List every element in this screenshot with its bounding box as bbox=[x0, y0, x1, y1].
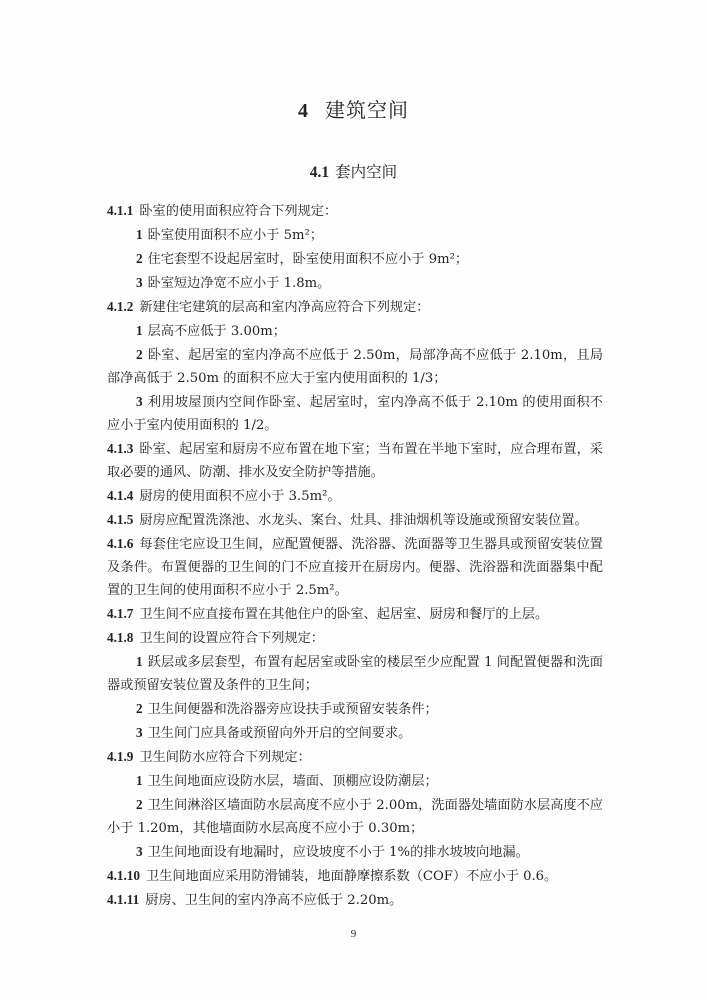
clause-text: 卫生间防水应符合下列规定： bbox=[139, 750, 310, 765]
item-text: 层高不应低于 3.00m； bbox=[148, 324, 286, 339]
section-title: 套内空间 bbox=[335, 163, 397, 181]
clause-text: 每套住宅应设卫生间，应配置便器、洗浴器、洗面器等卫生器具或预留安装位置及条件。布… bbox=[107, 537, 603, 598]
chapter-heading: 4建筑空间 bbox=[0, 94, 707, 123]
clause-list: 4.1.1卧室的使用面积应符合下列规定： 1卧室使用面积不应小于 5m²； 2住… bbox=[107, 199, 603, 912]
item-text: 卫生间地面应设防水层，墙面、顶棚应设防潮层； bbox=[148, 774, 438, 789]
clause-item: 3卫生间门应具备或预留向外开启的空间要求。 bbox=[107, 721, 603, 745]
clause-4-1-8: 4.1.8卫生间的设置应符合下列规定： bbox=[107, 626, 603, 650]
clause-text: 卧室的使用面积应符合下列规定： bbox=[139, 204, 337, 219]
item-text: 住宅套型不设起居室时，卧室使用面积不应小于 9m²； bbox=[148, 252, 469, 267]
item-text: 卫生间便器和洗浴器旁应设扶手或预留安装条件； bbox=[148, 702, 438, 717]
clause-text: 厨房的使用面积不应小于 3.5m²。 bbox=[139, 489, 340, 504]
item-number: 1 bbox=[136, 654, 143, 669]
clause-number: 4.1.4 bbox=[107, 488, 133, 503]
item-number: 2 bbox=[136, 251, 143, 266]
clause-number: 4.1.8 bbox=[107, 630, 133, 645]
chapter-title: 建筑空间 bbox=[325, 98, 409, 122]
clause-number: 4.1.1 bbox=[107, 203, 133, 218]
clause-number: 4.1.5 bbox=[107, 512, 133, 527]
clause-item: 1卧室使用面积不应小于 5m²； bbox=[107, 223, 603, 247]
item-number: 3 bbox=[136, 275, 143, 290]
clause-item: 3卫生间地面设有地漏时，应设坡度不小于 1%的排水坡坡向地漏。 bbox=[107, 840, 603, 864]
item-number: 1 bbox=[136, 227, 143, 242]
item-number: 1 bbox=[136, 773, 143, 788]
clause-4-1-5: 4.1.5厨房应配置洗涤池、水龙头、案台、灶具、排油烟机等设施或预留安装位置。 bbox=[107, 508, 603, 532]
clause-item: 1层高不应低于 3.00m； bbox=[107, 319, 603, 343]
page-number: 9 bbox=[0, 928, 707, 940]
item-number: 3 bbox=[136, 394, 143, 409]
clause-number: 4.1.11 bbox=[107, 892, 139, 907]
item-text: 卫生间淋浴区墙面防水层高度不应小于 2.00m，洗面器处墙面防水层高度不应小于 … bbox=[107, 798, 603, 836]
item-number: 3 bbox=[136, 844, 143, 859]
clause-text: 卫生间地面应采用防滑铺装，地面静摩擦系数（COF）不应小于 0.6。 bbox=[146, 869, 557, 884]
item-text: 卧室短边净宽不应小于 1.8m。 bbox=[148, 276, 331, 291]
chapter-number: 4 bbox=[298, 100, 309, 122]
clause-4-1-6: 4.1.6每套住宅应设卫生间，应配置便器、洗浴器、洗面器等卫生器具或预留安装位置… bbox=[107, 532, 603, 602]
clause-text: 厨房、卫生间的室内净高不应低于 2.20m。 bbox=[145, 893, 402, 908]
item-text: 卫生间地面设有地漏时，应设坡度不小于 1%的排水坡坡向地漏。 bbox=[148, 845, 529, 860]
item-text: 卧室、起居室的室内净高不应低于 2.50m，局部净高不应低于 2.10m，且局部… bbox=[107, 348, 603, 386]
clause-item: 1卫生间地面应设防水层，墙面、顶棚应设防潮层； bbox=[107, 769, 603, 793]
clause-item: 2卫生间便器和洗浴器旁应设扶手或预留安装条件； bbox=[107, 697, 603, 721]
clause-number: 4.1.2 bbox=[107, 299, 133, 314]
clause-text: 卧室、起居室和厨房不应布置在地下室；当布置在半地下室时，应合理布置，采取必要的通… bbox=[107, 442, 603, 480]
clause-item: 2卧室、起居室的室内净高不应低于 2.50m，局部净高不应低于 2.10m，且局… bbox=[107, 343, 603, 390]
clause-4-1-10: 4.1.10卫生间地面应采用防滑铺装，地面静摩擦系数（COF）不应小于 0.6。 bbox=[107, 864, 603, 888]
clause-number: 4.1.9 bbox=[107, 749, 133, 764]
clause-item: 3卧室短边净宽不应小于 1.8m。 bbox=[107, 271, 603, 295]
item-number: 2 bbox=[136, 797, 143, 812]
clause-4-1-9: 4.1.9卫生间防水应符合下列规定： bbox=[107, 745, 603, 769]
item-number: 3 bbox=[136, 725, 143, 740]
clause-item: 2住宅套型不设起居室时，卧室使用面积不应小于 9m²； bbox=[107, 247, 603, 271]
item-text: 跃层或多层套型，布置有起居室或卧室的楼层至少应配置 1 间配置便器和洗面器或预留… bbox=[107, 655, 603, 693]
clause-4-1-7: 4.1.7卫生间不应直接布置在其他住户的卧室、起居室、厨房和餐厅的上层。 bbox=[107, 602, 603, 626]
item-text: 卧室使用面积不应小于 5m²； bbox=[148, 228, 323, 243]
clause-4-1-4: 4.1.4厨房的使用面积不应小于 3.5m²。 bbox=[107, 484, 603, 508]
clause-number: 4.1.10 bbox=[107, 868, 140, 883]
clause-text: 卫生间的设置应符合下列规定： bbox=[139, 631, 324, 646]
item-text: 卫生间门应具备或预留向外开启的空间要求。 bbox=[148, 726, 412, 741]
clause-item: 3利用坡屋顶内空间作卧室、起居室时，室内净高不低于 2.10m 的使用面积不应小… bbox=[107, 390, 603, 437]
clause-number: 4.1.3 bbox=[107, 441, 133, 456]
section-heading: 4.1套内空间 bbox=[0, 160, 707, 182]
document-page: 4建筑空间 4.1套内空间 4.1.1卧室的使用面积应符合下列规定： 1卧室使用… bbox=[0, 0, 707, 1000]
clause-4-1-3: 4.1.3卧室、起居室和厨房不应布置在地下室；当布置在半地下室时，应合理布置，采… bbox=[107, 437, 603, 484]
item-number: 2 bbox=[136, 347, 143, 362]
item-number: 2 bbox=[136, 701, 143, 716]
clause-item: 1跃层或多层套型，布置有起居室或卧室的楼层至少应配置 1 间配置便器和洗面器或预… bbox=[107, 650, 603, 697]
item-number: 1 bbox=[136, 323, 143, 338]
item-text: 利用坡屋顶内空间作卧室、起居室时，室内净高不低于 2.10m 的使用面积不应小于… bbox=[107, 395, 603, 433]
section-number: 4.1 bbox=[310, 164, 329, 181]
clause-4-1-11: 4.1.11厨房、卫生间的室内净高不应低于 2.20m。 bbox=[107, 888, 603, 912]
clause-text: 新建住宅建筑的层高和室内净高应符合下列规定： bbox=[139, 300, 429, 315]
clause-item: 2卫生间淋浴区墙面防水层高度不应小于 2.00m，洗面器处墙面防水层高度不应小于… bbox=[107, 793, 603, 840]
clause-4-1-1: 4.1.1卧室的使用面积应符合下列规定： bbox=[107, 199, 603, 223]
clause-number: 4.1.7 bbox=[107, 606, 133, 621]
clause-number: 4.1.6 bbox=[107, 536, 133, 551]
clause-text: 卫生间不应直接布置在其他住户的卧室、起居室、厨房和餐厅的上层。 bbox=[139, 607, 548, 622]
clause-text: 厨房应配置洗涤池、水龙头、案台、灶具、排油烟机等设施或预留安装位置。 bbox=[139, 513, 587, 528]
clause-4-1-2: 4.1.2新建住宅建筑的层高和室内净高应符合下列规定： bbox=[107, 295, 603, 319]
